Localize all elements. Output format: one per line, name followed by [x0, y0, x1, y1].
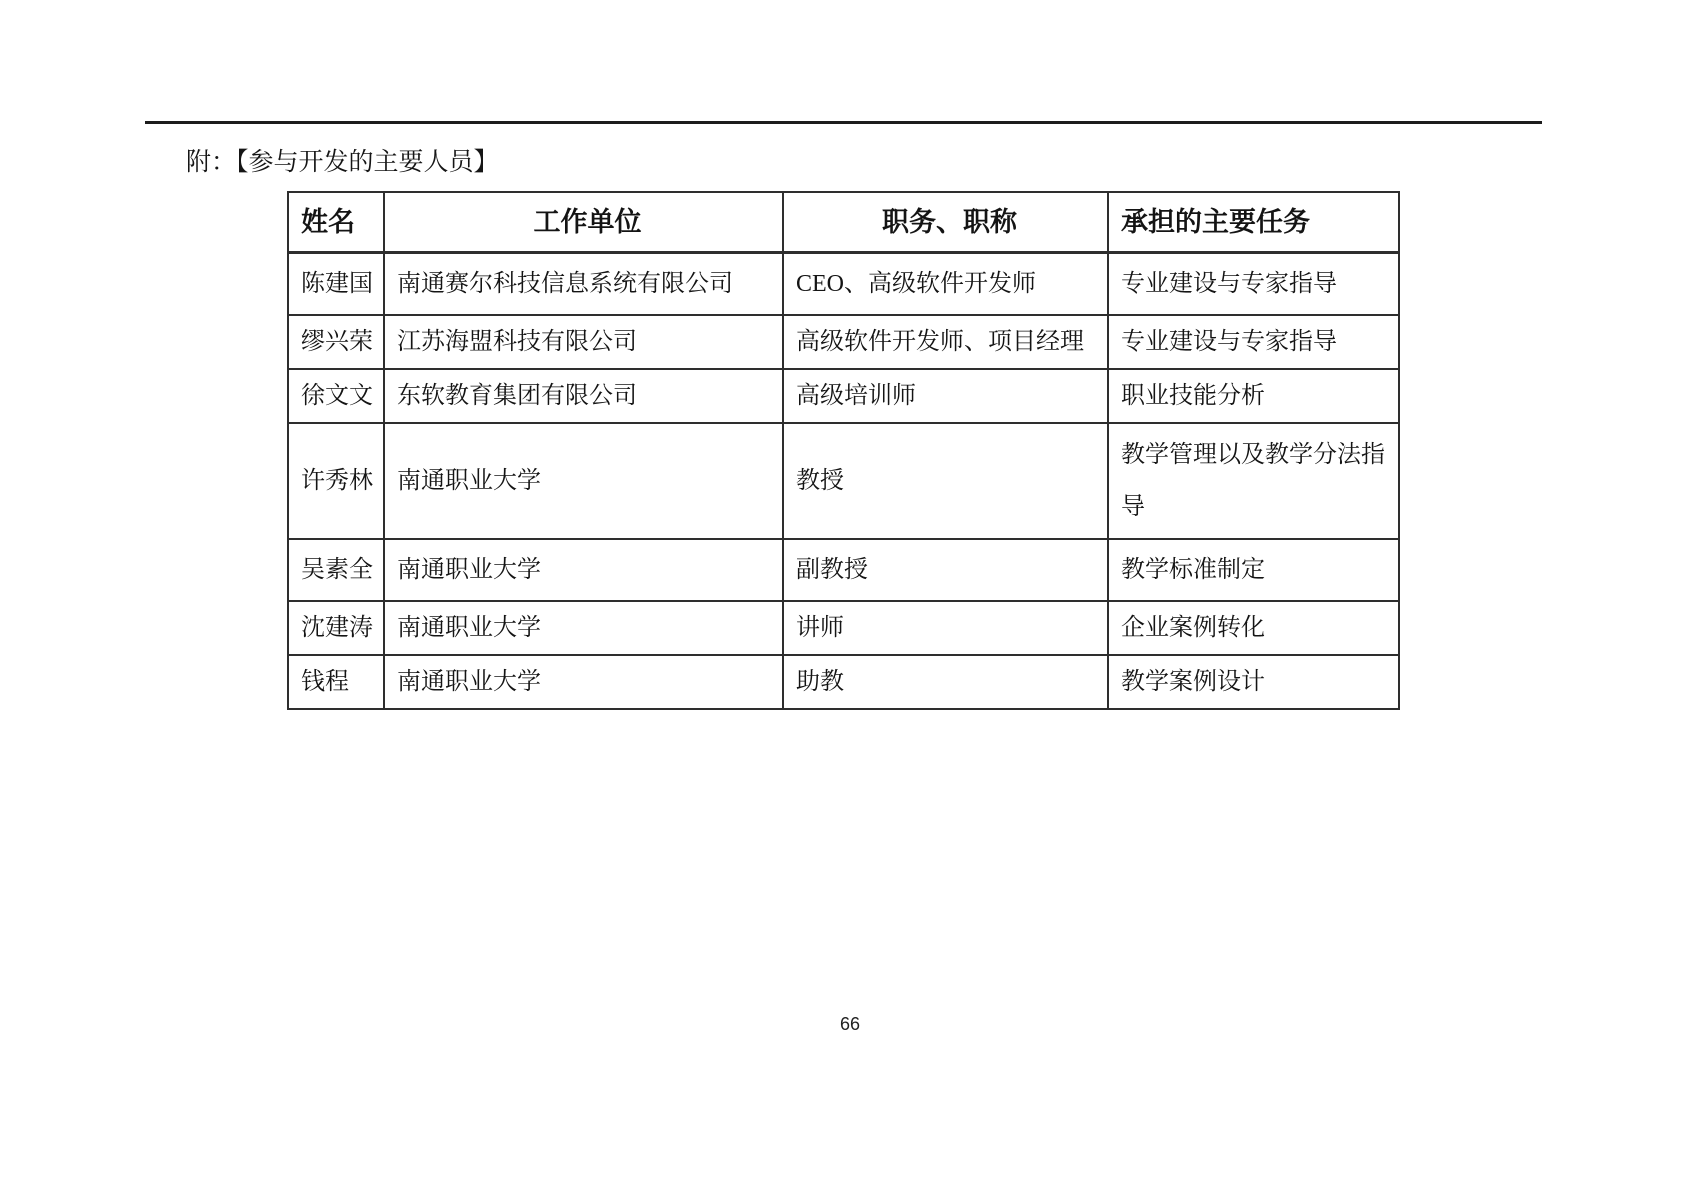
cell-task: 教学管理以及教学分法指导 [1108, 423, 1399, 539]
cell-title: 讲师 [783, 601, 1108, 655]
cell-title: 高级软件开发师、项目经理 [783, 315, 1108, 369]
cell-name: 缪兴荣 [288, 315, 384, 369]
cell-org: 江苏海盟科技有限公司 [384, 315, 783, 369]
table-row: 沈建涛 南通职业大学 讲师 企业案例转化 [288, 601, 1399, 655]
cell-org: 南通职业大学 [384, 655, 783, 709]
cell-org: 南通职业大学 [384, 539, 783, 601]
table-row: 陈建国 南通赛尔科技信息系统有限公司 CEO、高级软件开发师 专业建设与专家指导 [288, 252, 1399, 315]
cell-org: 南通职业大学 [384, 423, 783, 539]
cell-name: 许秀林 [288, 423, 384, 539]
cell-name: 陈建国 [288, 252, 384, 315]
column-header-name: 姓名 [288, 192, 384, 252]
header-rule [145, 121, 1542, 124]
table-row: 钱程 南通职业大学 助教 教学案例设计 [288, 655, 1399, 709]
cell-title: 高级培训师 [783, 369, 1108, 423]
table-header-row: 姓名 工作单位 职务、职称 承担的主要任务 [288, 192, 1399, 252]
cell-org: 东软教育集团有限公司 [384, 369, 783, 423]
cell-name: 钱程 [288, 655, 384, 709]
cell-org: 南通赛尔科技信息系统有限公司 [384, 252, 783, 315]
table-row: 吴素全 南通职业大学 副教授 教学标准制定 [288, 539, 1399, 601]
attachment-title: 附：【参与开发的主要人员】 [186, 147, 499, 179]
cell-title: 助教 [783, 655, 1108, 709]
cell-task: 教学案例设计 [1108, 655, 1399, 709]
cell-task: 专业建设与专家指导 [1108, 315, 1399, 369]
page-number: 66 [800, 1014, 900, 1035]
column-header-task: 承担的主要任务 [1108, 192, 1399, 252]
document-page: 附：【参与开发的主要人员】 姓名 工作单位 职务、职称 承担的主要任务 陈建国 … [0, 0, 1684, 1191]
cell-org: 南通职业大学 [384, 601, 783, 655]
table-row: 缪兴荣 江苏海盟科技有限公司 高级软件开发师、项目经理 专业建设与专家指导 [288, 315, 1399, 369]
cell-task: 教学标准制定 [1108, 539, 1399, 601]
cell-title: CEO、高级软件开发师 [783, 252, 1108, 315]
cell-title: 教授 [783, 423, 1108, 539]
table-row: 徐文文 东软教育集团有限公司 高级培训师 职业技能分析 [288, 369, 1399, 423]
personnel-table: 姓名 工作单位 职务、职称 承担的主要任务 陈建国 南通赛尔科技信息系统有限公司… [287, 191, 1400, 710]
cell-task: 专业建设与专家指导 [1108, 252, 1399, 315]
cell-name: 吴素全 [288, 539, 384, 601]
cell-task: 企业案例转化 [1108, 601, 1399, 655]
table-row: 许秀林 南通职业大学 教授 教学管理以及教学分法指导 [288, 423, 1399, 539]
cell-name: 沈建涛 [288, 601, 384, 655]
cell-name: 徐文文 [288, 369, 384, 423]
cell-task: 职业技能分析 [1108, 369, 1399, 423]
cell-title: 副教授 [783, 539, 1108, 601]
column-header-org: 工作单位 [384, 192, 783, 252]
column-header-title: 职务、职称 [783, 192, 1108, 252]
